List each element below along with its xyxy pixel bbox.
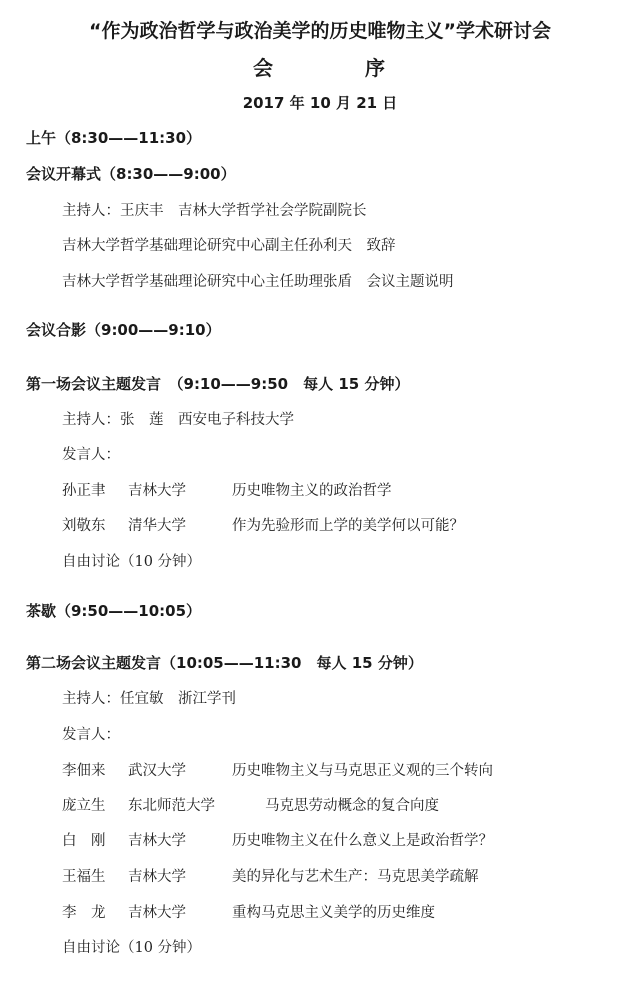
speaker-topic: 马克思劳动概念的复合向度 — [265, 794, 439, 815]
session1-speakers-label: 发言人： — [62, 443, 120, 464]
break-heading: 茶歇（9:50——10:05） — [26, 600, 201, 621]
speaker-topic: 历史唯物主义的政治哲学 — [232, 479, 392, 500]
session2-heading: 第二场会议主题发言（10:05——11:30 每人 15 分钟） — [26, 652, 423, 673]
subtitle-char-1: 会 — [253, 56, 275, 80]
session2-speakers-label: 发言人： — [62, 723, 120, 744]
document-title: “作为政治哲学与政治美学的历史唯物主义”学术研讨会 — [0, 16, 640, 43]
speaker-org: 吉林大学 — [128, 479, 186, 500]
morning-heading: 上午（8:30——11:30） — [26, 127, 201, 148]
session2-discussion: 自由讨论（10 分钟） — [62, 936, 201, 957]
speaker-name: 白 刚 — [62, 829, 106, 850]
speaker-org: 吉林大学 — [128, 829, 186, 850]
session2-host: 主持人：任宜敏 浙江学刊 — [62, 687, 236, 708]
opening-theme: 吉林大学哲学基础理论研究中心主任助理张盾 会议主题说明 — [62, 270, 454, 291]
speaker-name: 孙正聿 — [62, 479, 106, 500]
speaker-org: 吉林大学 — [128, 865, 186, 886]
speaker-name: 王福生 — [62, 865, 106, 886]
document-subtitle: 会序 — [0, 52, 640, 81]
speaker-topic: 历史唯物主义在什么意义上是政治哲学？ — [232, 829, 493, 850]
speaker-name: 庞立生 — [62, 794, 106, 815]
speaker-topic: 重构马克思主义美学的历史维度 — [232, 901, 435, 922]
speaker-org: 清华大学 — [128, 514, 186, 535]
session1-host: 主持人：张 莲 西安电子科技大学 — [62, 408, 294, 429]
speaker-topic: 作为先验形而上学的美学何以可能？ — [232, 514, 464, 535]
document-date: 2017 年 10 月 21 日 — [0, 92, 640, 113]
subtitle-char-2: 序 — [365, 56, 387, 80]
speaker-org: 东北师范大学 — [128, 794, 215, 815]
speaker-name: 刘敬东 — [62, 514, 106, 535]
speaker-name: 李 龙 — [62, 901, 106, 922]
speaker-name: 李佃来 — [62, 759, 106, 780]
session1-discussion: 自由讨论（10 分钟） — [62, 550, 201, 571]
speaker-org: 吉林大学 — [128, 901, 186, 922]
opening-host: 主持人：王庆丰 吉林大学哲学社会学院副院长 — [62, 199, 367, 220]
speaker-topic: 美的异化与艺术生产：马克思美学疏解 — [232, 865, 479, 886]
speaker-org: 武汉大学 — [128, 759, 186, 780]
opening-speech: 吉林大学哲学基础理论研究中心副主任孙利天 致辞 — [62, 234, 396, 255]
opening-heading: 会议开幕式（8:30——9:00） — [26, 163, 236, 184]
photo-heading: 会议合影（9:00——9:10） — [26, 319, 221, 340]
speaker-topic: 历史唯物主义与马克思正义观的三个转向 — [232, 759, 493, 780]
session1-heading: 第一场会议主题发言 （9:10——9:50 每人 15 分钟） — [26, 373, 409, 394]
